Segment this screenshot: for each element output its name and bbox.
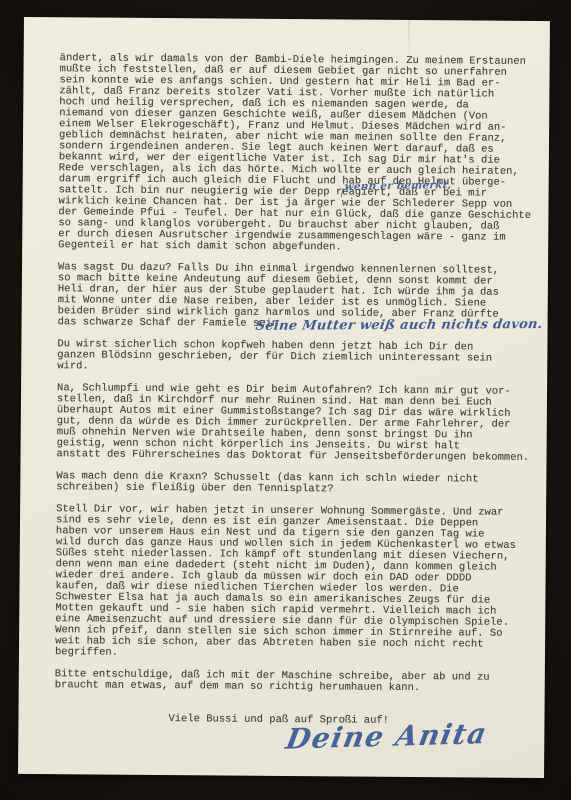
handwritten-insertion-note: wenn er bemerkt, bbox=[344, 179, 452, 193]
letter-paragraph-5: Was mach denn die Kraxn? Schusselt (das … bbox=[56, 471, 540, 497]
handwritten-signature: Deine Anita bbox=[283, 717, 490, 756]
letter-paper-sheet: ändert, als wir damals von der Bambi-Die… bbox=[18, 17, 550, 778]
letter-paragraph-7: Bitte entschuldige, daß ich mit der Masc… bbox=[55, 669, 539, 695]
letter-paragraph-4: Na, Schlumpfi und wie geht es Dir beim A… bbox=[57, 383, 542, 464]
scan-background: ändert, als wir damals von der Bambi-Die… bbox=[0, 0, 571, 800]
handwritten-margin-note: Seine Mutter weiß auch nichts davon. bbox=[255, 317, 544, 334]
letter-paragraph-1: ändert, als wir damals von der Bambi-Die… bbox=[58, 53, 544, 255]
letter-paragraph-6: Stell Dir vor, wir haben jetzt in unsere… bbox=[55, 504, 540, 662]
typewritten-letter-body: ändert, als wir damals von der Bambi-Die… bbox=[54, 53, 543, 728]
letter-paragraph-3: Du wirst sicherlich schon kopfweh haben … bbox=[57, 339, 541, 376]
